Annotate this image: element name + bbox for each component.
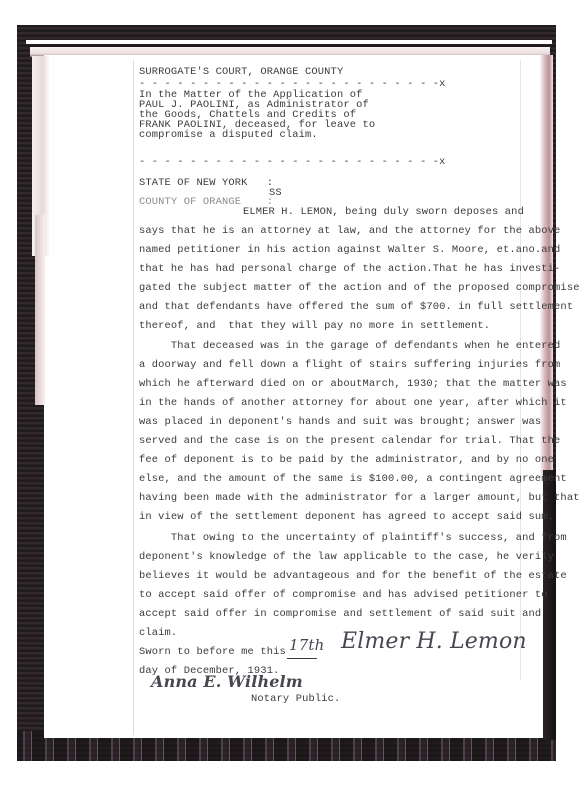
left-margin-rule [133,60,134,735]
deponent-signature: Elmer H. Lemon [341,629,527,654]
body-line: in view of the settlement deponent has a… [139,511,554,523]
notary-signature: Anna E. Wilhelm [151,672,303,691]
jurat-sworn: Sworn to before me this [139,646,286,658]
body-line: gated the subject matter of the action a… [139,282,580,294]
body-line: That deceased was in the garage of defen… [139,340,560,352]
body-line: was placed in deponent's hands and suit … [139,416,541,428]
caption-divider-end: - - - - - - - - - - - - - - - - - - - - … [139,156,446,168]
body-line: a doorway and fell down a flight of stai… [139,359,560,371]
body-line: and that defendants have offered the sum… [139,301,573,313]
body-line: fee of deponent is to be paid by the adm… [139,454,554,466]
jurat-day-handwritten: 17th [289,636,324,654]
body-line: thereof, and that they will pay no more … [139,320,490,332]
body-line: in the hands of another attorney for abo… [139,397,567,409]
body-line: to accept said offer of compromise and h… [139,589,548,601]
body-line: That owing to the uncertainty of plainti… [139,532,567,544]
body-line: else, and the amount of the same is $100… [139,473,567,485]
venue-state: STATE OF NEW YORK : [139,177,273,189]
body-line: believes it would be advantageous and fo… [139,570,567,582]
scan-edge-top [26,40,552,44]
body-line: having been made with the administrator … [139,492,580,504]
court-heading: SURROGATE'S COURT, ORANGE COUNTY [139,66,343,78]
caption-line: compromise a disputed claim. [139,129,318,141]
body-line: says that he is an attorney at law, and … [139,225,560,237]
notary-title: Notary Public. [251,693,340,705]
body-line: claim. [139,627,177,639]
body-line: served and the case is on the present ca… [139,435,560,447]
body-line: accept said offer in compromise and sett… [139,608,541,620]
body-line: deponent's knowledge of the law applicab… [139,551,554,563]
page-left-fold-lower [35,215,45,405]
body-line: named petitioner in his action against W… [139,244,560,256]
body-line: ELMER H. LEMON, being duly sworn deposes… [243,206,524,218]
body-line: that he has had personal charge of the a… [139,263,560,275]
body-line: which he afterward died on or aboutMarch… [139,378,567,390]
